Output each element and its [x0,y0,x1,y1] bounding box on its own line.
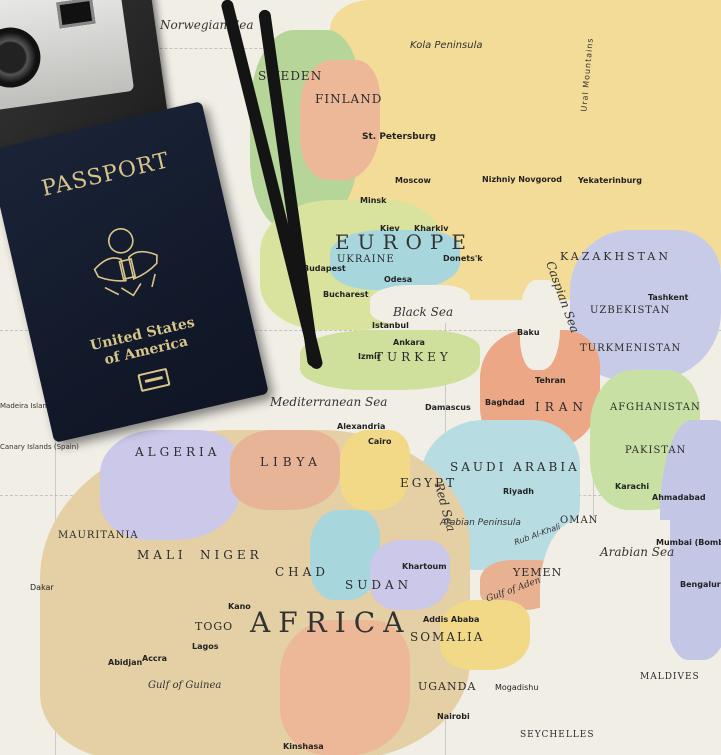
city-label: Baghdad [485,398,525,407]
city-label: Kinshasa [283,742,324,751]
country-label: SAUDI ARABIA [450,460,580,474]
city-label: Riyadh [503,487,534,496]
city-label: Baku [517,328,540,337]
city-label: Kharkiv [414,224,449,233]
congo-landmass [280,620,410,755]
city-label: Moscow [395,176,431,185]
city-label: Alexandria [337,422,385,431]
city-label: Dakar [30,583,54,592]
feature-label: Arabian Peninsula [440,518,521,528]
biometric-chip-icon [137,368,170,392]
country-label: MALI [137,548,187,562]
country-label: ALGERIA [135,445,220,459]
city-label: Yekaterinburg [578,176,642,185]
region-label-europe: EUROPE [335,230,474,254]
sea-label: Gulf of Guinea [148,680,221,691]
country-label: EGYPT [400,476,457,490]
country-label: LIBYA [260,455,322,469]
city-label: Khartoum [402,562,447,571]
country-label: OMAN [560,515,598,526]
city-label: Minsk [360,196,386,205]
libya-landmass [230,430,340,510]
city-label: Bengaluru [680,580,721,589]
city-label: Donets'k [443,254,483,263]
city-label: Kiev [380,224,400,233]
sudan-landmass [370,540,450,610]
country-label: FINLAND [315,92,382,106]
country-label: SEYCHELLES [520,730,595,740]
city-label: Mogadishu [495,683,538,692]
country-label: TURKMENISTAN [580,343,681,354]
city-label: Cairo [368,437,391,446]
city-label: Lagos [192,642,218,651]
map-photo: EUROPE AFRICA KAZAKHSTAN SWEDEN FINLAND … [0,0,721,755]
sea-label: Arabian Sea [600,545,674,559]
country-label: TURKEY [375,350,452,364]
city-label: Budapest [303,264,346,273]
country-label: MALDIVES [640,672,700,682]
city-label: Ahmadabad [652,493,706,502]
country-label: IRAN [535,400,588,414]
sea-label: Black Sea [393,305,453,319]
country-label: UZBEKISTAN [590,305,670,316]
passport-title: PASSPORT [0,138,216,212]
feature-label: Kola Peninsula [410,40,483,51]
eagle-seal-icon [78,214,174,310]
city-label: Ankara [393,338,425,347]
country-label: MAURITANIA [58,530,139,541]
city-label: Istanbul [372,321,409,330]
country-label: PAKISTAN [625,445,686,456]
city-label: Tashkent [648,293,688,302]
city-label: Izmir [358,352,381,361]
city-label: Karachi [615,482,649,491]
city-label: Abidjan [108,658,142,667]
country-label: NIGER [200,548,263,562]
city-label: Nairobi [437,712,470,721]
city-label: Addis Ababa [423,615,479,624]
country-label: CHAD [275,565,329,579]
city-label: St. Petersburg [362,132,436,142]
city-label: Nizhniy Novgorod [482,175,562,184]
country-label: KAZAKHSTAN [560,250,671,263]
city-label: Damascus [425,403,471,412]
city-label: Accra [142,654,167,663]
feature-label: Canary Islands (Spain) [0,443,79,451]
city-label: Kano [228,602,251,611]
country-label: SUDAN [345,578,412,592]
country-label: AFGHANISTAN [610,402,701,413]
city-label: Tehran [535,376,566,385]
city-label: Odesa [384,275,412,284]
region-label-africa: AFRICA [250,606,411,639]
camera-viewfinder-icon [56,0,95,28]
country-label: UGANDA [418,680,476,693]
sea-label: Mediterranean Sea [270,395,387,409]
country-label: SOMALIA [410,630,484,644]
passport: PASSPORT United States of America [0,101,269,443]
country-label: TOGO [195,620,233,633]
city-label: Bucharest [323,290,369,299]
